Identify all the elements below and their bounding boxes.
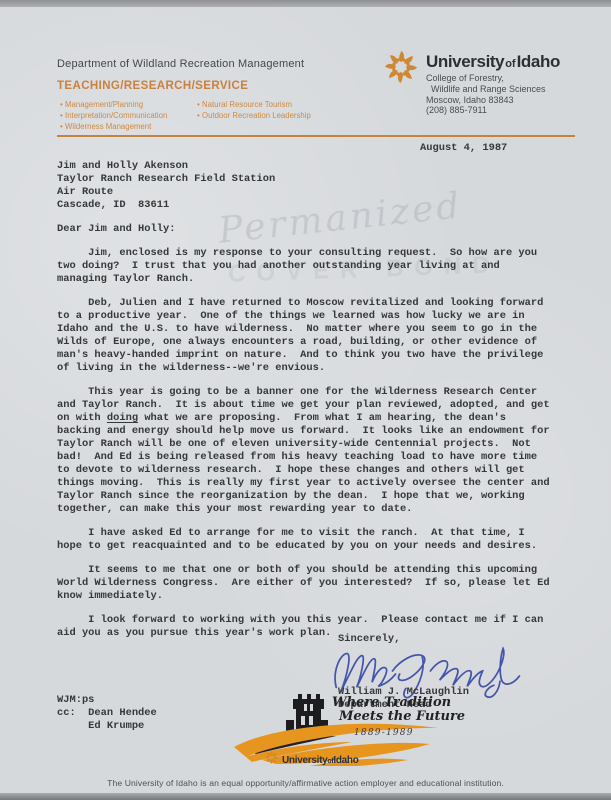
wordmark-university: University xyxy=(282,755,327,766)
centennial-brand-row: UniversityofIdaho xyxy=(264,750,359,770)
small-sunburst-icon xyxy=(264,750,279,770)
letterhead-rule xyxy=(57,135,575,137)
bullet-item: Natural Resource Tourism xyxy=(197,99,311,110)
equal-opportunity-footer: The University of Idaho is an equal oppo… xyxy=(0,778,611,788)
salutation: Dear Jim and Holly: xyxy=(57,223,602,236)
wordmark-of: of xyxy=(505,58,515,70)
paragraph-3-post: what we are proposing. From what I am he… xyxy=(57,412,550,515)
bullet-item: Interpretation/Communication xyxy=(60,110,167,121)
paragraph-1: Jim, enclosed is my response to your con… xyxy=(57,247,602,286)
paragraph-2: Deb, Julien and I have returned to Mosco… xyxy=(57,297,602,375)
college-address: College of Forestry, Wildlife and Range … xyxy=(426,73,546,116)
reference-and-cc-block: WJM:ps cc: Dean Hendee Ed Krumpe xyxy=(57,694,157,733)
university-sunburst-icon xyxy=(382,48,420,91)
date-line: August 4, 1987 xyxy=(420,142,507,154)
scan-edge-bottom xyxy=(0,793,611,800)
letterhead-tagline: TEACHING/RESEARCH/SERVICE xyxy=(57,80,248,92)
paragraph-3-underlined-word: doing xyxy=(107,412,138,424)
scan-edge-top xyxy=(0,0,611,7)
bullet-item: Management/Planning xyxy=(60,99,167,110)
letterhead-bullets-column-1: Management/Planning Interpretation/Commu… xyxy=(60,99,167,132)
paragraph-5: It seems to me that one or both of you s… xyxy=(57,564,602,603)
motto-line-1: Where Tradition xyxy=(332,696,465,710)
department-name: Department of Wildland Recreation Manage… xyxy=(57,58,304,70)
bullet-item: Outdoor Recreation Leadership xyxy=(197,110,311,121)
letterhead-bullets-column-2: Natural Resource Tourism Outdoor Recreat… xyxy=(197,99,311,121)
centennial-logo: Where Tradition Meets the Future 1889-19… xyxy=(232,688,452,780)
paragraph-4: I have asked Ed to arrange for me to vis… xyxy=(57,527,602,553)
recipient-address: Jim and Holly Akenson Taylor Ranch Resea… xyxy=(57,160,602,212)
centennial-wordmark: UniversityofIdaho xyxy=(282,755,359,766)
wordmark-idaho: Idaho xyxy=(333,755,358,766)
letter-body: Jim and Holly Akenson Taylor Ranch Resea… xyxy=(57,160,602,651)
wordmark-idaho: Idaho xyxy=(517,52,560,71)
bullet-item: Wilderness Management xyxy=(60,121,167,132)
centennial-years: 1889-1989 xyxy=(354,728,414,738)
university-wordmark: UniversityofIdaho xyxy=(426,52,560,72)
wordmark-university: University xyxy=(426,52,504,71)
paragraph-3: This year is going to be a banner one fo… xyxy=(57,386,602,516)
